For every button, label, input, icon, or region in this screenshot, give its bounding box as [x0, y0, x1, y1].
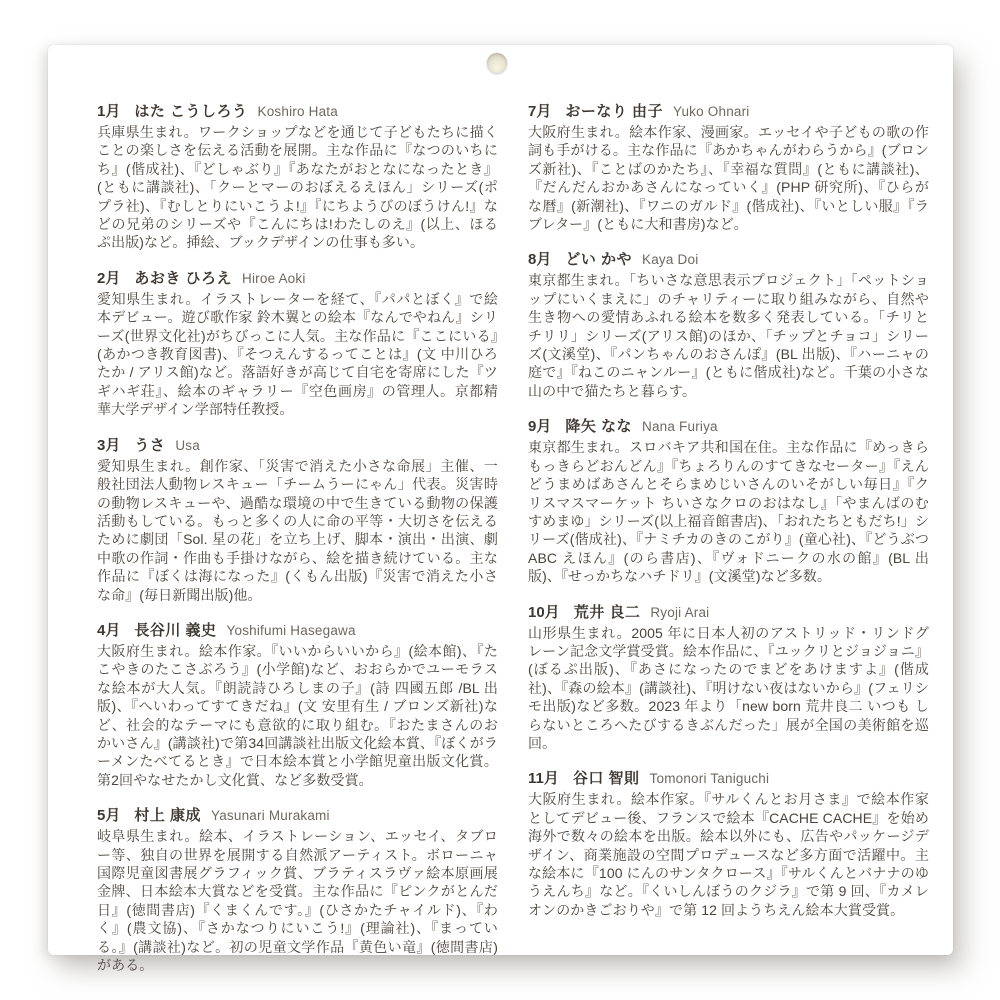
author-section-november: 11月谷口 智則Tomonori Taniguchi 大阪府生まれ。絵本作家。『…: [528, 769, 929, 919]
author-section-july: 7月おーなり 由子Yuko Ohnari 大阪府生まれ。絵本作家、漫画家。エッセ…: [528, 102, 929, 233]
left-column: 1月はた こうしろうKoshiro Hata 兵庫県生まれ。ワークショップなどを…: [97, 102, 498, 955]
author-name-japanese: 長谷川 義史: [134, 622, 216, 639]
month-label: 1月: [97, 103, 120, 120]
author-bio: 東京都生まれ。「ちいさな意思表示プロジェクト」「ペットショップにいくまえに」のチ…: [528, 271, 929, 400]
author-name-romaji: Ryoji Arai: [650, 605, 709, 620]
author-bio: 山形県生まれ。2005 年に日本人初のアストリッド・リンドグレーン記念文学賞受賞…: [528, 624, 929, 753]
author-section-september: 9月降矢 ななNana Furiya 東京都生まれ。スロバキア共和国在住。主な作…: [528, 417, 929, 585]
author-bio: 大阪府生まれ。絵本作家。『サルくんとお月さま』で絵本作家としてデビュー後、フラン…: [528, 790, 929, 919]
section-heading: 9月降矢 ななNana Furiya: [528, 417, 929, 436]
section-heading: 8月どい かやKaya Doi: [528, 250, 929, 269]
month-label: 9月: [528, 418, 551, 435]
page-content: 1月はた こうしろうKoshiro Hata 兵庫県生まれ。ワークショップなどを…: [48, 45, 953, 955]
author-name-romaji: Koshiro Hata: [258, 104, 338, 119]
author-bio: 大阪府生まれ。絵本作家、漫画家。エッセイや子どもの歌の作詞も手がける。主な作品に…: [528, 123, 929, 233]
author-bio: 兵庫県生まれ。ワークショップなどを通じて子どもたちに描くことの楽しさを伝える活動…: [97, 123, 498, 252]
month-label: 7月: [528, 103, 551, 120]
author-name-japanese: 谷口 智則: [573, 770, 640, 787]
month-label: 2月: [97, 270, 120, 287]
section-heading: 2月あおき ひろえHiroe Aoki: [97, 269, 498, 288]
month-label: 4月: [97, 622, 120, 639]
author-section-may: 5月村上 康成Yasunari Murakami 岐阜県生まれ。絵本、イラストレ…: [97, 806, 498, 974]
author-name-romaji: Kaya Doi: [642, 252, 698, 267]
author-section-january: 1月はた こうしろうKoshiro Hata 兵庫県生まれ。ワークショップなどを…: [97, 102, 498, 252]
author-name-japanese: 荒井 良二: [574, 604, 641, 621]
author-name-japanese: はた こうしろう: [134, 103, 247, 120]
section-heading: 10月荒井 良二Ryoji Arai: [528, 603, 929, 622]
section-heading: 1月はた こうしろうKoshiro Hata: [97, 102, 498, 121]
section-heading: 4月長谷川 義史Yoshifumi Hasegawa: [97, 621, 498, 640]
author-name-romaji: Yoshifumi Hasegawa: [227, 623, 356, 638]
author-name-romaji: Tomonori Taniguchi: [650, 771, 770, 786]
month-label: 5月: [97, 807, 120, 824]
author-name-romaji: Nana Furiya: [642, 419, 718, 434]
author-bio: 東京都生まれ。スロバキア共和国在住。主な作品に『めっきらもっきらどおんどん』『ち…: [528, 438, 929, 585]
author-name-japanese: どい かや: [565, 251, 632, 268]
author-name-japanese: うさ: [134, 437, 165, 454]
author-name-japanese: 降矢 なな: [565, 418, 632, 435]
author-name-japanese: あおき ひろえ: [134, 270, 232, 287]
author-name-romaji: Yuko Ohnari: [673, 104, 750, 119]
author-name-japanese: おーなり 由子: [565, 103, 663, 120]
section-heading: 3月うさUsa: [97, 436, 498, 455]
author-section-october: 10月荒井 良二Ryoji Arai 山形県生まれ。2005 年に日本人初のアス…: [528, 603, 929, 753]
section-heading: 7月おーなり 由子Yuko Ohnari: [528, 102, 929, 121]
month-label: 8月: [528, 251, 551, 268]
right-column: 7月おーなり 由子Yuko Ohnari 大阪府生まれ。絵本作家、漫画家。エッセ…: [528, 102, 929, 955]
section-heading: 5月村上 康成Yasunari Murakami: [97, 806, 498, 825]
author-name-romaji: Usa: [175, 438, 200, 453]
author-section-march: 3月うさUsa 愛知県生まれ。創作家、「災害で消えた小さな命展」主催、一般社団法…: [97, 436, 498, 604]
author-bio: 愛知県生まれ。イラストレーターを経て、『パパとぼく』で絵本デビュー。遊び歌作家 …: [97, 290, 498, 419]
author-section-april: 4月長谷川 義史Yoshifumi Hasegawa 大阪府生まれ。絵本作家。『…: [97, 621, 498, 789]
month-label: 11月: [528, 770, 559, 787]
author-bio: 岐阜県生まれ。絵本、イラストレーション、エッセイ、タブロー等、独自の世界を展開す…: [97, 827, 498, 974]
author-name-romaji: Hiroe Aoki: [242, 271, 306, 286]
author-name-japanese: 村上 康成: [134, 807, 201, 824]
author-name-romaji: Yasunari Murakami: [211, 808, 330, 823]
calendar-profile-page: 1月はた こうしろうKoshiro Hata 兵庫県生まれ。ワークショップなどを…: [48, 45, 953, 955]
author-section-february: 2月あおき ひろえHiroe Aoki 愛知県生まれ。イラストレーターを経て、『…: [97, 269, 498, 419]
author-bio: 大阪府生まれ。絵本作家。『いいからいいから』(絵本館)、『たこやきのたこさぶろう…: [97, 642, 498, 789]
photo-background: 1月はた こうしろうKoshiro Hata 兵庫県生まれ。ワークショップなどを…: [0, 0, 1000, 1000]
author-section-august: 8月どい かやKaya Doi 東京都生まれ。「ちいさな意思表示プロジェクト」「…: [528, 250, 929, 400]
author-bio: 愛知県生まれ。創作家、「災害で消えた小さな命展」主催、一般社団法人動物レスキュー…: [97, 457, 498, 604]
section-heading: 11月谷口 智則Tomonori Taniguchi: [528, 769, 929, 788]
month-label: 3月: [97, 437, 120, 454]
month-label: 10月: [528, 604, 560, 621]
